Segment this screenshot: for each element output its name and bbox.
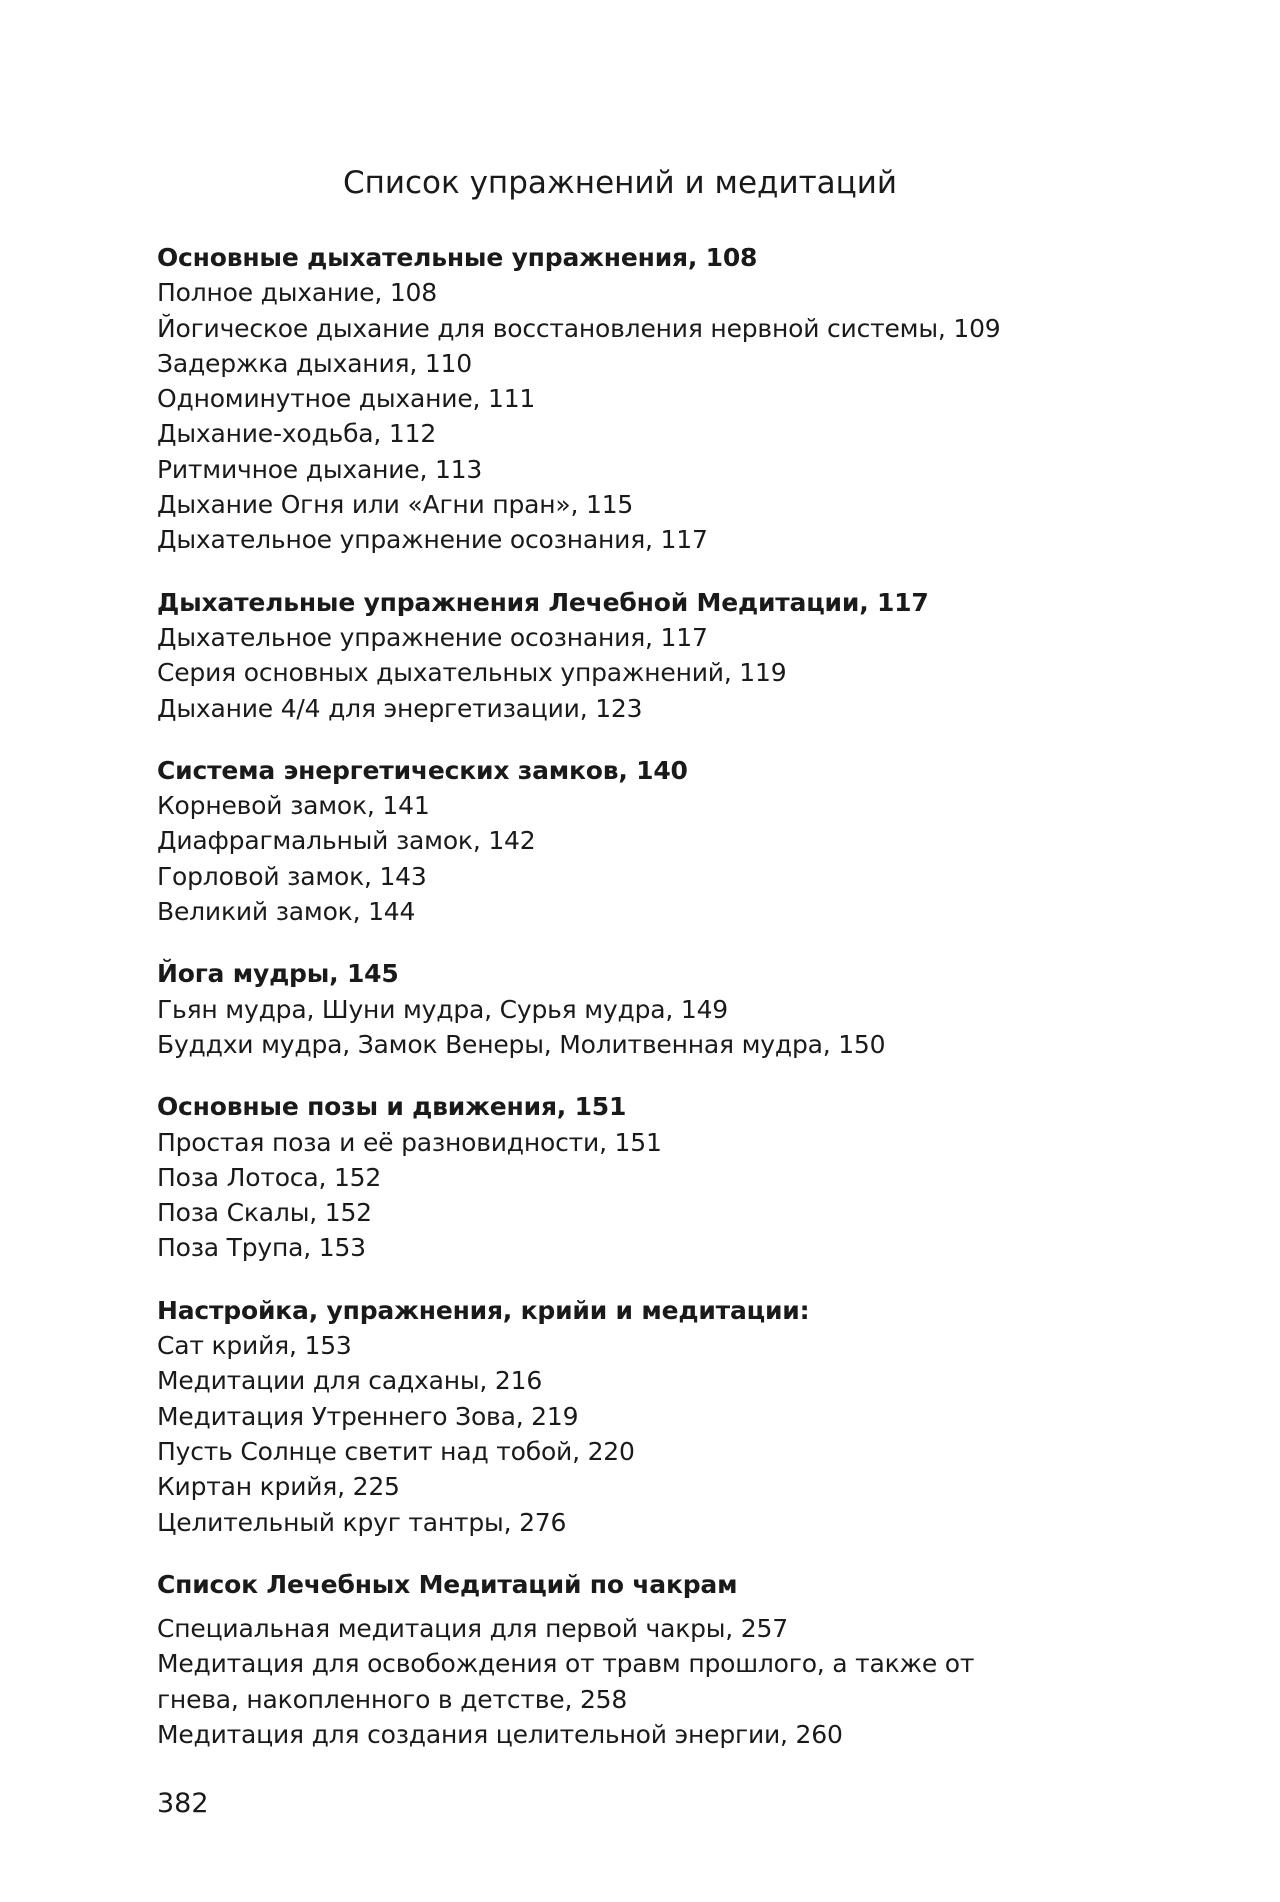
list-item: Поза Скалы, 152 xyxy=(157,1195,1157,1230)
section-heading: Настройка, упражнения, крийи и медитации… xyxy=(157,1293,1157,1328)
list-item: Целительный круг тантры, 276 xyxy=(157,1505,1157,1540)
list-item: Дыхание 4/4 для энергетизации, 123 xyxy=(157,691,1157,726)
section-yoga-mudras: Йога мудры, 145 Гьян мудра, Шуни мудра, … xyxy=(157,956,1157,1062)
list-item: Великий замок, 144 xyxy=(157,894,1157,929)
list-item: Поза Трупа, 153 xyxy=(157,1230,1157,1265)
list-item: Ритмичное дыхание, 113 xyxy=(157,452,1157,487)
list-item: Гьян мудра, Шуни мудра, Сурья мудра, 149 xyxy=(157,992,1157,1027)
list-item: Дыхательное упражнение осознания, 117 xyxy=(157,522,1157,557)
page-number: 382 xyxy=(157,1786,209,1822)
section-heading: Основные позы и движения, 151 xyxy=(157,1089,1157,1124)
list-item: Киртан крийя, 225 xyxy=(157,1469,1157,1504)
list-item: гнева, накопленного в детстве, 258 xyxy=(157,1682,1157,1717)
list-item: Дыхание Огня или «Агни пран», 115 xyxy=(157,487,1157,522)
list-item: Медитация Утреннего Зова, 219 xyxy=(157,1399,1157,1434)
list-item: Сат крийя, 153 xyxy=(157,1328,1157,1363)
list-item: Одноминутное дыхание, 111 xyxy=(157,381,1157,416)
exercise-list: Основные дыхательные упражнения, 108 Пол… xyxy=(157,240,1157,1779)
list-item: Йогическое дыхание для восстановления не… xyxy=(157,311,1157,346)
list-item: Простая поза и её разновидности, 151 xyxy=(157,1125,1157,1160)
list-item: Задержка дыхания, 110 xyxy=(157,346,1157,381)
list-item: Диафрагмальный замок, 142 xyxy=(157,823,1157,858)
section-heading: Дыхательные упражнения Лечебной Медитаци… xyxy=(157,585,1157,620)
section-basic-breathing: Основные дыхательные упражнения, 108 Пол… xyxy=(157,240,1157,558)
list-item: Полное дыхание, 108 xyxy=(157,275,1157,310)
list-item: Медитация для создания целительной энерг… xyxy=(157,1717,1157,1752)
section-heading: Основные дыхательные упражнения, 108 xyxy=(157,240,1157,275)
section-heading: Йога мудры, 145 xyxy=(157,956,1157,991)
list-item: Буддхи мудра, Замок Венеры, Молитвенная … xyxy=(157,1027,1157,1062)
list-item: Поза Лотоса, 152 xyxy=(157,1160,1157,1195)
list-item: Серия основных дыхательных упражнений, 1… xyxy=(157,655,1157,690)
section-chakra-meditations: Список Лечебных Медитаций по чакрам Спец… xyxy=(157,1567,1157,1752)
section-energy-locks: Система энергетических замков, 140 Корне… xyxy=(157,753,1157,929)
list-item: Горловой замок, 143 xyxy=(157,859,1157,894)
section-healing-breathing: Дыхательные упражнения Лечебной Медитаци… xyxy=(157,585,1157,726)
list-item: Медитации для садханы, 216 xyxy=(157,1363,1157,1398)
list-item: Дыхание-ходьба, 112 xyxy=(157,416,1157,451)
list-item: Пусть Солнце светит над тобой, 220 xyxy=(157,1434,1157,1469)
list-item: Корневой замок, 141 xyxy=(157,788,1157,823)
list-item: Специальная медитация для первой чакры, … xyxy=(157,1611,1157,1646)
page-title: Список упражнений и медитаций xyxy=(0,163,1240,203)
section-poses: Основные позы и движения, 151 Простая по… xyxy=(157,1089,1157,1265)
list-item: Дыхательное упражнение осознания, 117 xyxy=(157,620,1157,655)
list-item: Медитация для освобождения от травм прош… xyxy=(157,1646,1157,1681)
section-kriyas-meditations: Настройка, упражнения, крийи и медитации… xyxy=(157,1293,1157,1540)
section-heading: Система энергетических замков, 140 xyxy=(157,753,1157,788)
section-heading: Список Лечебных Медитаций по чакрам xyxy=(157,1567,1157,1602)
